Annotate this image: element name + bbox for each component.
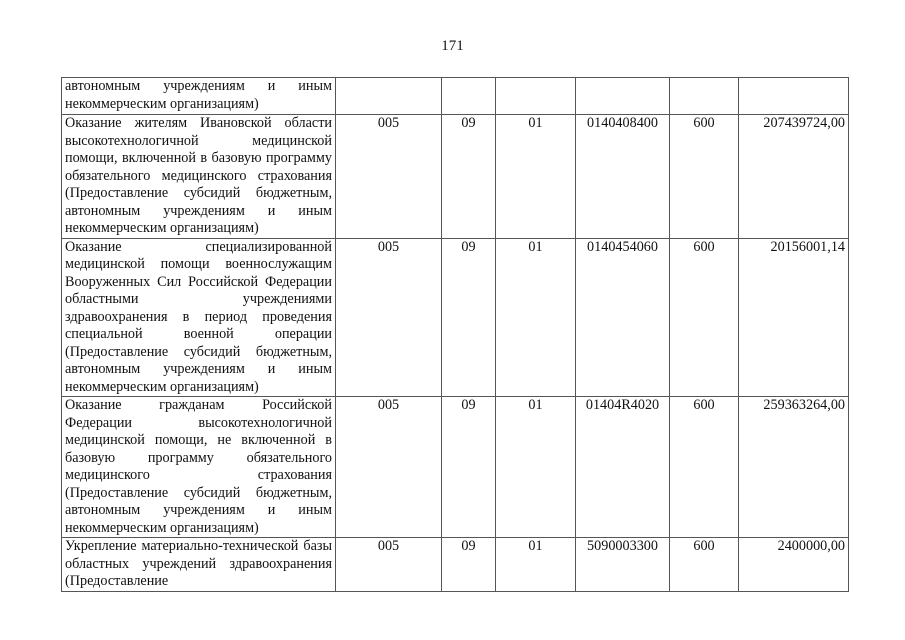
section-code: 09 [442,397,496,538]
amount [739,78,849,115]
section-code: 09 [442,115,496,239]
target-article-code: 0140408400 [576,115,670,239]
table-row: автономным учреждениям и иным некоммерче… [62,78,849,115]
target-article-code: 5090003300 [576,538,670,592]
ministry-code [336,78,442,115]
expense-type-code: 600 [670,538,739,592]
expense-type-code: 600 [670,238,739,397]
expense-type-code [670,78,739,115]
target-article-code: 01404R4020 [576,397,670,538]
table-row: Оказание гражданам Российской Федерации … [62,397,849,538]
target-article-code: 0140454060 [576,238,670,397]
subsection-code [496,78,576,115]
table-row: Укрепление материально-технической базы … [62,538,849,592]
row-description: Оказание гражданам Российской Федерации … [62,397,336,538]
subsection-code: 01 [496,397,576,538]
subsection-code: 01 [496,238,576,397]
section-code [442,78,496,115]
target-article-code [576,78,670,115]
amount: 259363264,00 [739,397,849,538]
page-number: 171 [0,37,905,55]
amount: 207439724,00 [739,115,849,239]
expense-type-code: 600 [670,115,739,239]
expense-type-code: 600 [670,397,739,538]
row-description: Оказание специализированной медицинской … [62,238,336,397]
row-description: автономным учреждениям и иным некоммерче… [62,78,336,115]
row-description: Оказание жителям Ивановской области высо… [62,115,336,239]
subsection-code: 01 [496,115,576,239]
table-row: Оказание жителям Ивановской области высо… [62,115,849,239]
budget-expenditure-table: автономным учреждениям и иным некоммерче… [61,77,849,592]
subsection-code: 01 [496,538,576,592]
ministry-code: 005 [336,115,442,239]
ministry-code: 005 [336,238,442,397]
ministry-code: 005 [336,397,442,538]
row-description: Укрепление материально-технической базы … [62,538,336,592]
ministry-code: 005 [336,538,442,592]
amount: 2400000,00 [739,538,849,592]
table-row: Оказание специализированной медицинской … [62,238,849,397]
section-code: 09 [442,238,496,397]
amount: 20156001,14 [739,238,849,397]
section-code: 09 [442,538,496,592]
